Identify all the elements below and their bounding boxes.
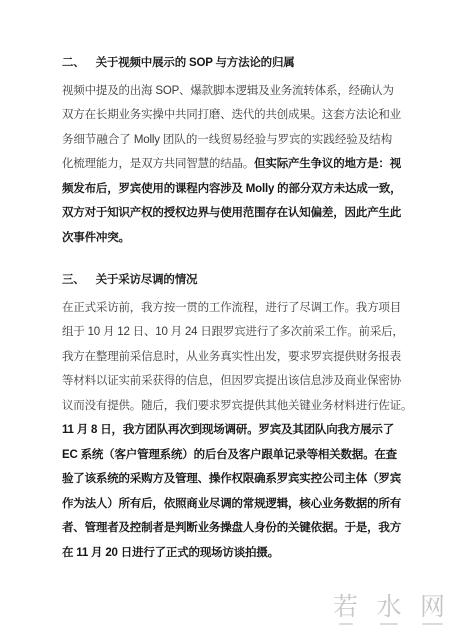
text-line: 等材料以证实前采获得的信息，但因罗宾提出该信息涉及商业保密协 bbox=[62, 369, 392, 394]
text-line: 我方在整理前采信息时，从业务真实性出发，要求罗宾提供财务报表 bbox=[62, 345, 392, 370]
text-line: 组于 10 月 12 日、10 月 24 日跟罗宾进行了多次前采工作。前采后， bbox=[62, 320, 392, 345]
text-line: 双方在长期业务实操中共同打磨、迭代的共创成果。这套方法论和业 bbox=[62, 103, 392, 128]
document-body: 二、关于视频中展示的 SOP 与方法论的归属视频中提及的出海 SOP、爆款脚本逻… bbox=[62, 51, 392, 565]
bold-text-segment: 双方对于知识产权的授权边界与使用范围存在认知偏差，因此产生此 bbox=[62, 207, 401, 219]
text-line: 在正式采访前，我方按一贯的工作流程，进行了尽调工作。我方项目 bbox=[62, 296, 392, 321]
watermark-column: 水 bbox=[376, 594, 401, 625]
text-line: 视频中提及的出海 SOP、爆款脚本逻辑及业务流转体系，经确认为 bbox=[62, 79, 392, 104]
watermark-character: 网 bbox=[420, 594, 445, 620]
watermark-character: 若 bbox=[333, 594, 358, 620]
text-segment: 化梳理能力，是双方共同智慧的结晶。 bbox=[62, 158, 254, 170]
text-segment: 视频中提及的出海 SOP、爆款脚本逻辑及业务流转体系，经确认为 bbox=[62, 85, 394, 97]
text-segment: 务细节融合了 Molly 团队的一线贸易经验与罗宾的实践经验及结构 bbox=[62, 134, 392, 146]
text-segment: 等材料以证实前采获得的信息，但因罗宾提出该信息涉及商业保密协 bbox=[62, 375, 401, 387]
section-title: 关于采访尽调的情况 bbox=[96, 274, 198, 286]
watermark-caption-mark bbox=[380, 623, 398, 625]
text-line: 议而没有提供。随后，我们要求罗宾提供其他关键业务材料进行佐证。 bbox=[62, 394, 392, 419]
text-segment: 我方在整理前采信息时，从业务真实性出发，要求罗宾提供财务报表 bbox=[62, 351, 401, 363]
text-line: 者、管理者及控制者是判断业务操盘人身份的关键依据。于是，我方 bbox=[62, 516, 392, 541]
text-line: 11 月 8 日，我方团队再次到现场调研。罗宾及其团队向我方展示了 bbox=[62, 418, 392, 443]
bold-text-segment: 11 月 8 日，我方团队再次到现场调研。罗宾及其团队向我方展示了 bbox=[62, 424, 394, 436]
watermark-caption-mark bbox=[339, 623, 353, 625]
text-line: 双方对于知识产权的授权边界与使用范围存在认知偏差，因此产生此 bbox=[62, 201, 392, 226]
text-line: 化梳理能力，是双方共同智慧的结晶。但实际产生争议的地方是：视 bbox=[62, 152, 392, 177]
watermark-character: 水 bbox=[376, 594, 401, 620]
section-heading: 二、关于视频中展示的 SOP 与方法论的归属 bbox=[62, 51, 392, 76]
section-number: 二、 bbox=[62, 57, 85, 69]
text-line: 次事件冲突。 bbox=[62, 226, 392, 251]
text-segment: 议而没有提供。随后，我们要求罗宾提供其他关键业务材料进行佐证。 bbox=[62, 400, 412, 412]
bold-text-segment: 验了该系统的采购方及管理、操作权限确系罗宾实控公司主体（罗宾 bbox=[62, 473, 401, 485]
bold-text-segment: 次事件冲突。 bbox=[62, 232, 130, 244]
bold-text-segment: EC 系统（客户管理系统）的后台及客户跟单记录等相关数据。在查 bbox=[62, 449, 397, 461]
text-line: 作为法人）所有后，依照商业尽调的常规逻辑，核心业务数据的所有 bbox=[62, 492, 392, 517]
bold-text-segment: 频发布后，罗宾使用的课程内容涉及 Molly 的部分双方未达成一致， bbox=[62, 183, 401, 195]
watermark-column: 若 bbox=[333, 594, 358, 625]
watermark-column: 网 bbox=[420, 594, 445, 625]
section: 三、关于采访尽调的情况在正式采访前，我方按一贯的工作流程，进行了尽调工作。我方项… bbox=[62, 268, 392, 565]
text-segment: 双方在长期业务实操中共同打磨、迭代的共创成果。这套方法论和业 bbox=[62, 109, 401, 121]
text-line: 验了该系统的采购方及管理、操作权限确系罗宾实控公司主体（罗宾 bbox=[62, 467, 392, 492]
text-line: EC 系统（客户管理系统）的后台及客户跟单记录等相关数据。在查 bbox=[62, 443, 392, 468]
text-line: 频发布后，罗宾使用的课程内容涉及 Molly 的部分双方未达成一致， bbox=[62, 177, 392, 202]
section-title: 关于视频中展示的 SOP 与方法论的归属 bbox=[96, 57, 295, 69]
text-line: 务细节融合了 Molly 团队的一线贸易经验与罗宾的实践经验及结构 bbox=[62, 128, 392, 153]
text-segment: 在正式采访前，我方按一贯的工作流程，进行了尽调工作。我方项目 bbox=[62, 302, 401, 314]
bold-text-segment: 者、管理者及控制者是判断业务操盘人身份的关键依据。于是，我方 bbox=[62, 522, 401, 534]
text-line: 在 11 月 20 日进行了正式的现场访谈拍摄。 bbox=[62, 541, 392, 566]
section-heading: 三、关于采访尽调的情况 bbox=[62, 268, 392, 293]
section-number: 三、 bbox=[62, 274, 85, 286]
bold-text-segment: 作为法人）所有后，依照商业尽调的常规逻辑，核心业务数据的所有 bbox=[62, 498, 401, 510]
bold-text-segment: 在 11 月 20 日进行了正式的现场访谈拍摄。 bbox=[62, 547, 279, 559]
text-segment: 组于 10 月 12 日、10 月 24 日跟罗宾进行了多次前采工作。前采后， bbox=[62, 326, 404, 338]
section: 二、关于视频中展示的 SOP 与方法论的归属视频中提及的出海 SOP、爆款脚本逻… bbox=[62, 51, 392, 250]
watermark-caption-mark bbox=[422, 623, 443, 625]
watermark: 若水网 bbox=[333, 594, 445, 625]
bold-text-segment: 但实际产生争议的地方是：视 bbox=[254, 158, 401, 170]
